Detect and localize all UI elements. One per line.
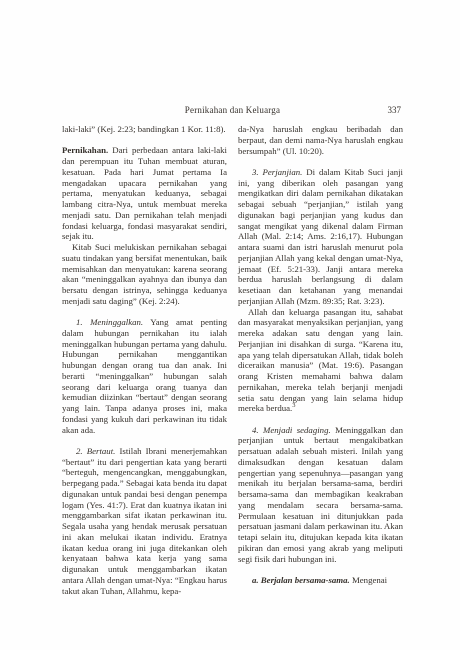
paragraph-continuation: laki-laki” (Kej. 2:23; bandingkan 1 Kor.…	[62, 124, 227, 135]
paragraph-lead-bertaut: 2. Bertaut.	[76, 446, 115, 456]
paragraph-body: Di dalam Kitab Suci janji ini, yang dibe…	[238, 167, 403, 306]
paragraph-berjalan-bersama: a. Berjalan bersama-sama. Mengenai	[238, 575, 403, 586]
text-columns: laki-laki” (Kej. 2:23; bandingkan 1 Kor.…	[62, 124, 403, 596]
running-header-title: Pernikahan dan Keluarga	[62, 105, 403, 115]
paragraph-body: Istilah Ibrani menerjemahkan “bertaut” i…	[62, 446, 227, 596]
left-column: laki-laki” (Kej. 2:23; bandingkan 1 Kor.…	[62, 124, 227, 596]
paragraph-lead-perjanjian: 3. Perjanjian.	[252, 167, 302, 177]
paragraph-bertaut: 2. Bertaut. Istilah Ibrani menerjemahkan…	[62, 446, 227, 597]
paragraph-body: Meninggalkan dan perjanjian untuk bertau…	[238, 425, 403, 564]
paragraph-menjadi-sedaging: 4. Menjadi sedaging. Meninggalkan dan pe…	[238, 425, 403, 565]
paragraph-body: Yang amat penting dalam hubungan pernika…	[62, 317, 227, 435]
paragraph-lead-menjadi-sedaging: 4. Menjadi sedaging.	[252, 425, 331, 435]
footnote-reference: 3	[292, 402, 295, 409]
paragraph-lead-meninggalkan: 1. Meninggalkan.	[76, 317, 143, 327]
paragraph-allah-keluarga: Allah dan keluarga pasangan itu, sahabat…	[238, 307, 403, 415]
right-column: da-Nya haruslah engkau beribadah dan ber…	[238, 124, 403, 596]
running-header: Pernikahan dan Keluarga 337	[62, 105, 403, 119]
paragraph-lead-berjalan-bersama: a. Berjalan bersama-sama.	[252, 575, 350, 585]
paragraph-perjanjian: 3. Perjanjian. Di dalam Kitab Suci janji…	[238, 167, 403, 307]
paragraph-pernikahan: Pernikahan. Dari perbedaan antara laki-l…	[62, 145, 227, 242]
paragraph-kitab-suci: Kitab Suci melukiskan pernikahan sebagai…	[62, 242, 227, 307]
page-number: 337	[388, 105, 402, 115]
book-page: Pernikahan dan Keluarga 337 laki-laki” (…	[0, 0, 460, 650]
paragraph-body: Dari perbedaan antara laki-laki dan pere…	[62, 145, 227, 241]
paragraph-body: Allah dan keluarga pasangan itu, sahabat…	[238, 307, 403, 414]
paragraph-meninggalkan: 1. Meninggalkan. Yang amat penting dalam…	[62, 317, 227, 435]
paragraph-continuation: da-Nya haruslah engkau beribadah dan ber…	[238, 124, 403, 156]
paragraph-lead-pernikahan: Pernikahan.	[62, 145, 108, 155]
paragraph-body: Mengenai	[350, 575, 387, 585]
